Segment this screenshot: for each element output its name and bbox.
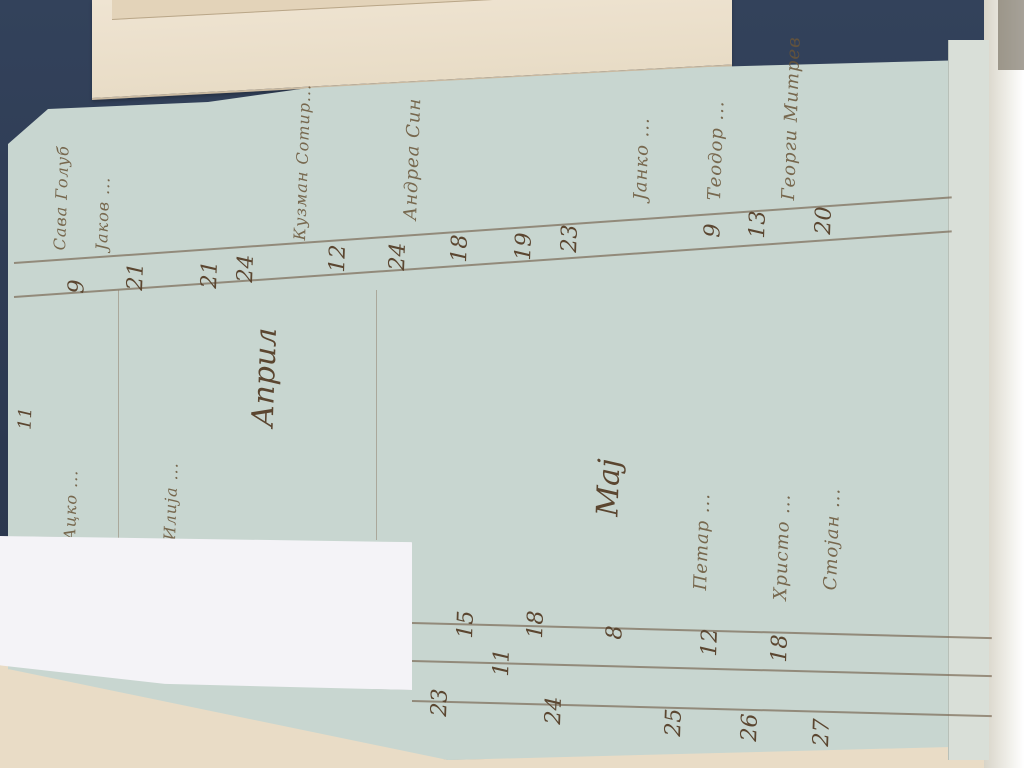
row-number: 21	[197, 260, 223, 289]
ledger-column-rule	[118, 290, 119, 540]
row-number: 9	[700, 223, 725, 238]
handwritten-entry: Јанко ...	[630, 117, 654, 201]
row-number: 15	[453, 610, 479, 639]
row-number: 19	[511, 232, 537, 261]
handwritten-entry: Сава Голуб	[50, 145, 73, 251]
row-number: 18	[447, 234, 473, 263]
row-number: 25	[661, 708, 687, 737]
row-number: 18	[523, 610, 549, 639]
page-right-margin	[948, 40, 989, 760]
row-number: 23	[427, 688, 453, 717]
handwritten-entry: Ацко ...	[60, 469, 81, 540]
book-binding	[984, 0, 1024, 768]
row-number: 20	[811, 206, 837, 235]
handwritten-entry: Јаков ...	[92, 176, 114, 250]
row-number: 9	[64, 279, 89, 294]
handwritten-entry: Илија ...	[160, 462, 182, 541]
paper-label-slip	[0, 536, 412, 690]
handwritten-entry: Андреа Син	[400, 97, 425, 220]
row-number: 8	[602, 625, 627, 640]
handwritten-entry: Стојан ...	[820, 487, 845, 590]
row-number: 21	[123, 262, 149, 291]
handwritten-entry: Теодор ...	[704, 100, 728, 201]
row-number: 24	[233, 254, 259, 283]
row-number: 12	[325, 244, 351, 273]
row-number: 11	[489, 648, 515, 677]
frayed-binding-edge	[998, 0, 1024, 70]
section-heading-may: Мај	[590, 458, 627, 517]
row-number: 13	[745, 210, 771, 239]
row-number: 18	[767, 634, 793, 663]
row-number: 23	[557, 224, 583, 253]
row-number: 24	[541, 696, 567, 725]
ledger-column-rule	[376, 290, 377, 540]
handwritten-entry: Христо ...	[770, 493, 795, 600]
row-number: 27	[809, 718, 835, 747]
section-heading-april: Април	[246, 327, 284, 428]
row-number: 26	[737, 713, 763, 742]
row-number: 12	[697, 628, 723, 657]
folio-number: 11	[15, 407, 37, 431]
handwritten-entry: Петар ...	[690, 492, 714, 590]
inner-page-strip	[112, 0, 632, 20]
row-number: 24	[385, 242, 411, 271]
